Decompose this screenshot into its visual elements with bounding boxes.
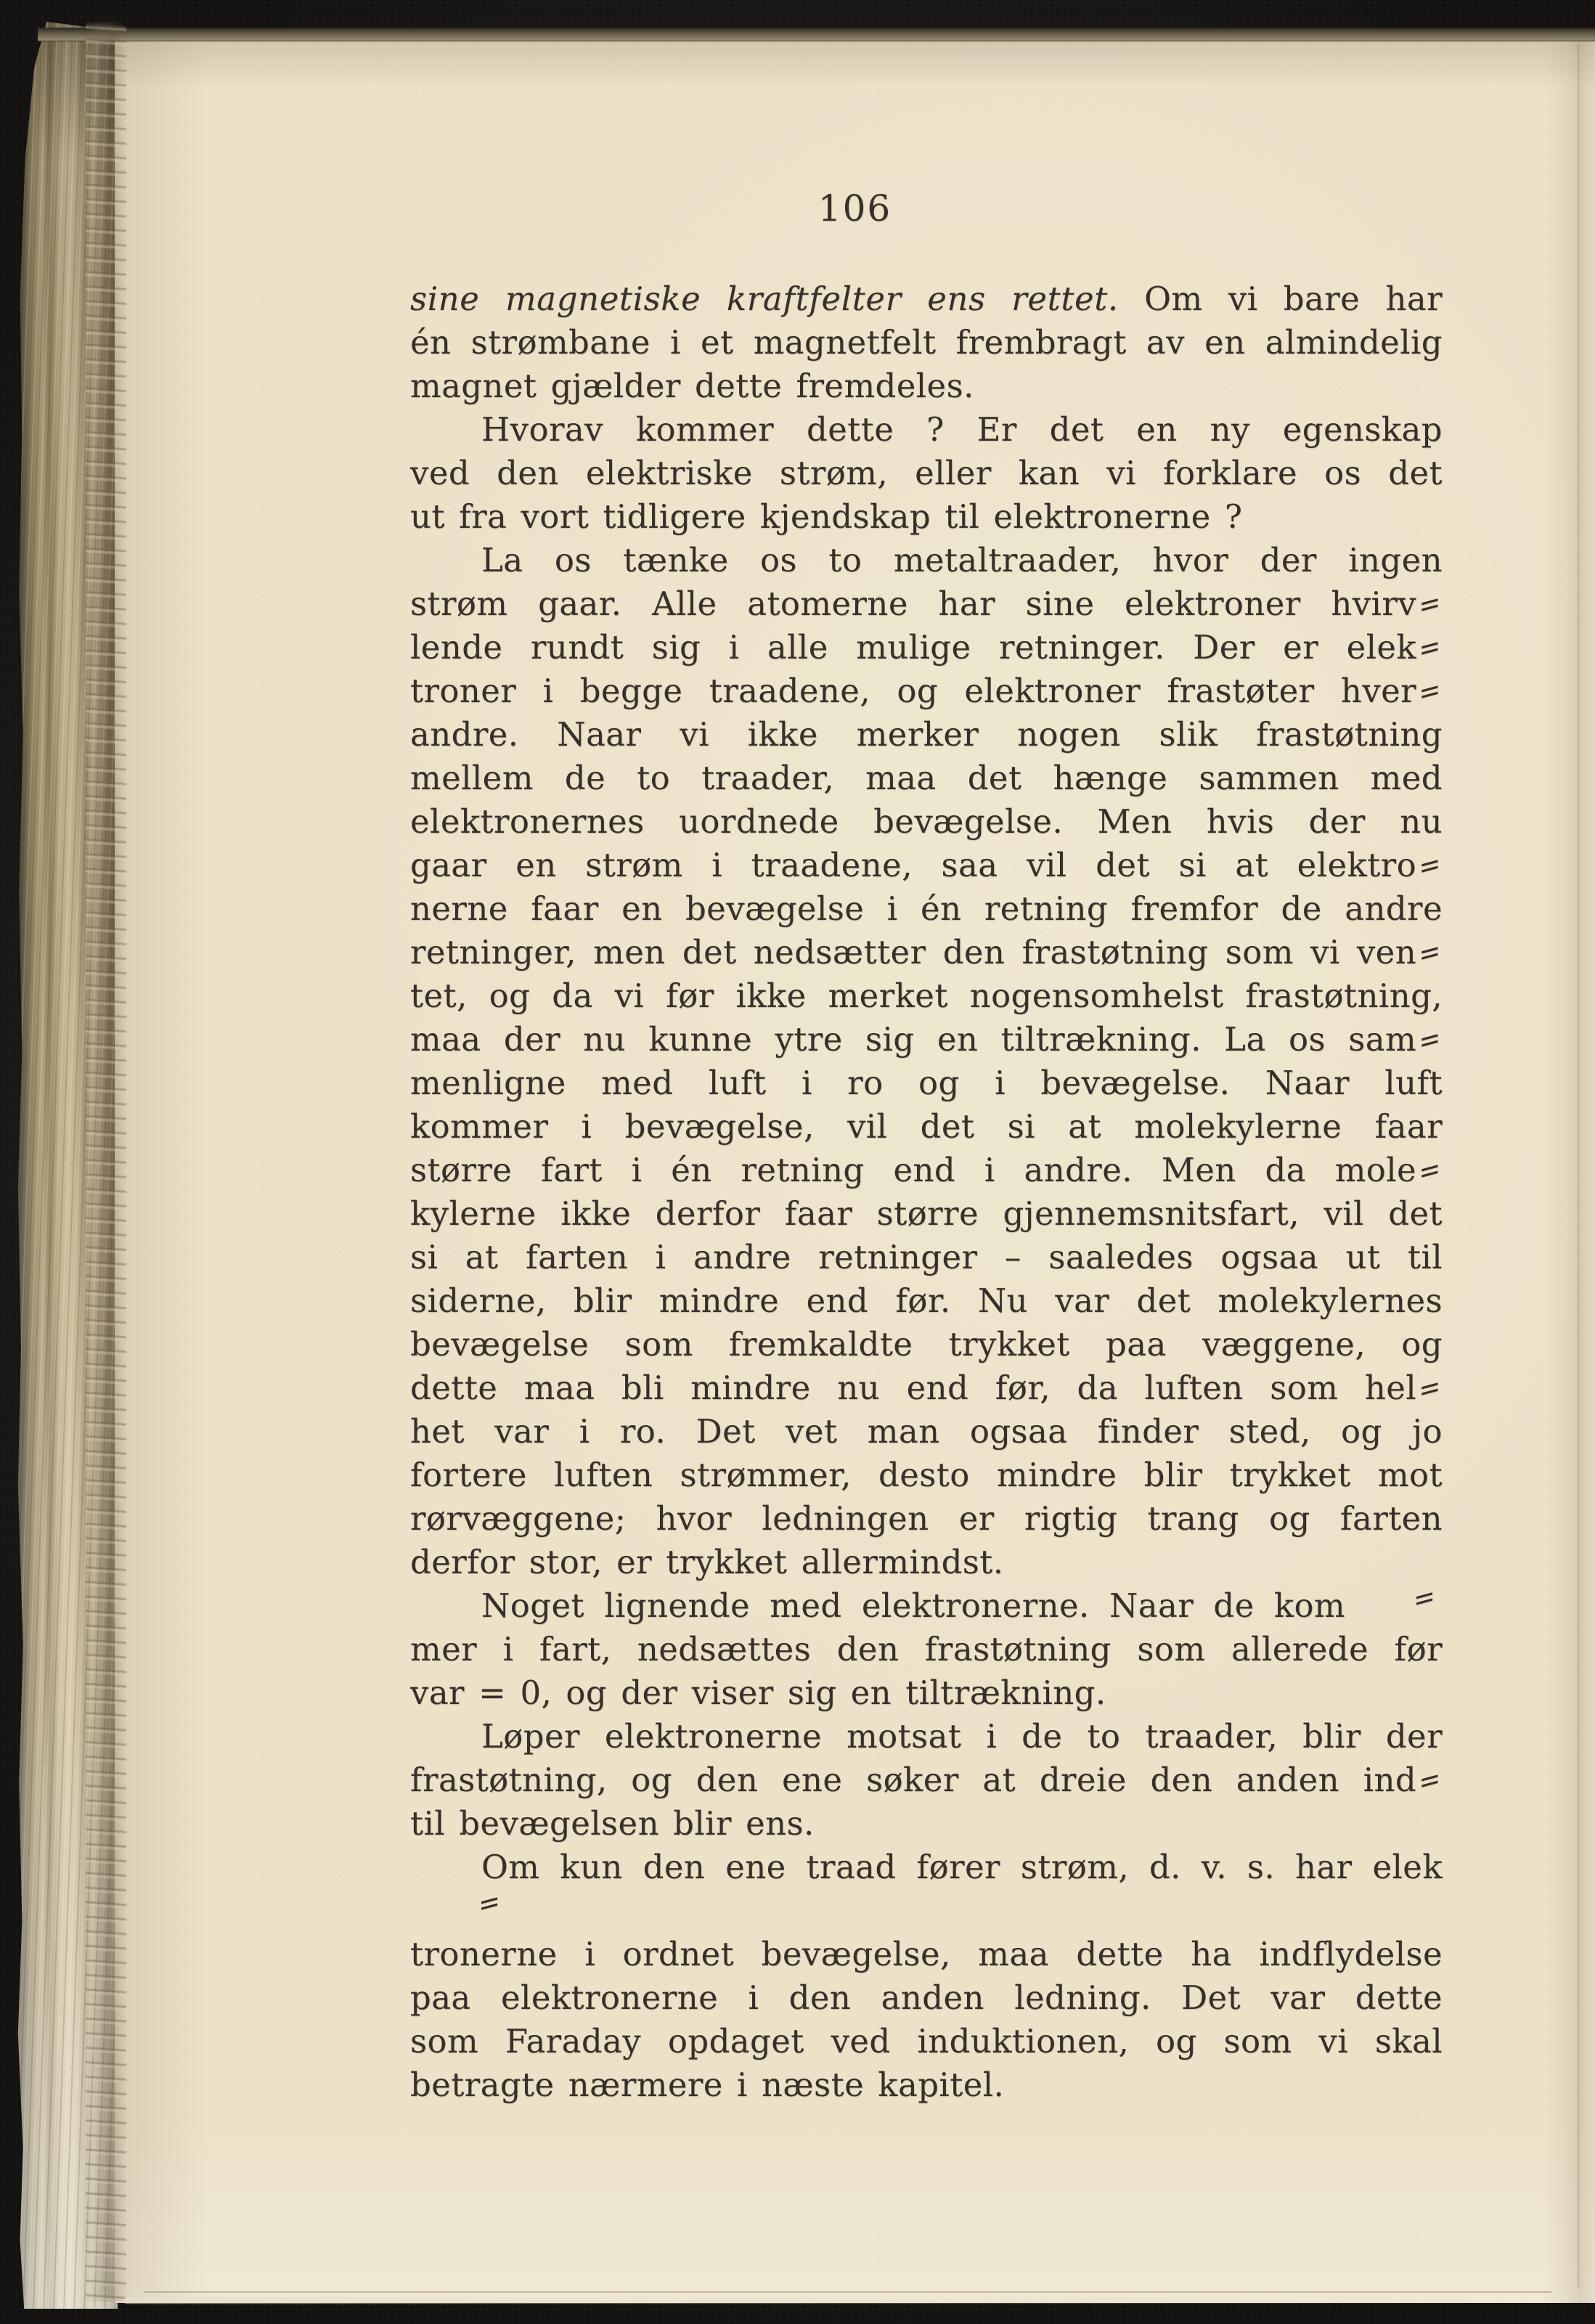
text-line: siderne, blir mindre end før. Nu var det… [410,1279,1443,1323]
text-segment: kylerne ikke derfor faar større gjennems… [410,1194,1443,1233]
text-segment: La os tænke os to metaltraader, hvor der… [481,541,1443,579]
text-segment: ut fra vort tidligere kjendskap til elek… [410,497,1242,536]
text-line: troner i begge traadene, og elektroner f… [410,669,1443,713]
text-segment: troner i begge traadene, og elektroner f… [410,672,1443,710]
text-segment: betragte nærmere i næste kapitel. [410,2066,1004,2104]
double-oblique-hyphen: = [1419,935,1441,971]
text-segment: si at farten i andre retninger – saalede… [410,1238,1443,1276]
double-oblique-hyphen: = [1353,1581,1435,1633]
text-segment: paa elektronerne i den anden ledning. De… [410,1978,1443,2017]
text-line: til bevægelsen blir ens. [410,1802,1443,1846]
text-line: kylerne ikke derfor faar større gjennems… [410,1192,1443,1236]
paragraph: La os tænke os to metaltraader, hvor der… [410,539,1443,1584]
double-oblique-hyphen: = [1419,630,1441,666]
text-line: tronerne i ordnet bevægelse, maa dette h… [410,1933,1443,1976]
text-segment: derfor stor, er trykket allermindst. [410,1543,1003,1581]
text-segment: Løper elektronerne motsat i de to traade… [481,1717,1443,1756]
text-line: bevægelse som fremkaldte trykket paa væg… [410,1323,1443,1366]
text-segment: frastøtning, og den ene søker at dreie d… [410,1761,1443,1799]
text-segment: som Faraday opdaget ved induktionen, og … [410,2022,1443,2060]
text-line: Hvorav kommer dette ? Er det en ny egens… [410,408,1443,452]
text-line: tet, og da vi før ikke merket nogensomhe… [410,974,1443,1018]
page-edge-stack-decoration [16,22,118,2309]
paragraph: Om kun den ene traad fører strøm, d. v. … [410,1846,1443,2107]
text-segment: bevægelse som fremkaldte trykket paa væg… [410,1325,1443,1363]
text-line: si at farten i andre retninger – saalede… [410,1236,1443,1279]
text-line: derfor stor, er trykket allermindst. [410,1541,1443,1584]
text-segment: Om vi bare har [1119,280,1443,318]
text-line: menligne med luft i ro og i bevægelse. N… [410,1061,1443,1105]
text-segment: ved den elektriske strøm, eller kan vi f… [410,454,1443,492]
text-line: betragte nærmere i næste kapitel. [410,2063,1443,2107]
text-line: La os tænke os to metaltraader, hvor der… [410,539,1443,582]
text-segment: siderne, blir mindre end før. Nu var det… [410,1281,1443,1320]
text-segment: lende rundt sig i alle mulige retninger.… [410,628,1443,666]
text-segment: menligne med luft i ro og i bevægelse. N… [410,1064,1443,1102]
text-segment: gaar en strøm i traadene, saa vil det si… [410,846,1443,884]
text-line: strøm gaar. Alle atomerne har sine elekt… [410,582,1443,626]
text-segment: dette maa bli mindre nu end før, da luft… [410,1369,1443,1407]
text-line: mellem de to traader, maa det hænge samm… [410,757,1443,800]
text-segment: magnet gjælder dette fremdeles. [410,367,974,405]
text-line: rørvæggene; hvor ledningen er rigtig tra… [410,1497,1443,1541]
text-line: større fart i én retning end i andre. Me… [410,1149,1443,1192]
text-segment: kommer i bevægelse, vil det si at moleky… [410,1107,1443,1146]
text-line: Løper elektronerne motsat i de to traade… [410,1715,1443,1758]
text-line: én strømbane i et magnetfelt frembragt a… [410,321,1443,364]
double-oblique-hyphen: = [1419,1371,1441,1406]
double-oblique-hyphen: = [1419,674,1441,709]
text-line: maa der nu kunne ytre sig en tiltrækning… [410,1018,1443,1061]
text-segment: fortere luften strømmer, desto mindre bl… [410,1456,1443,1494]
text-line: sine magnetiske kraftfelter ens rettet. … [410,277,1443,321]
double-oblique-hyphen: = [1419,1153,1441,1188]
text-line: lende rundt sig i alle mulige retninger.… [410,626,1443,669]
page-fore-edge-crease [1578,44,1579,2287]
text-line: nerne faar en bevægelse i én retning fre… [410,887,1443,931]
text-line: gaar en strøm i traadene, saa vil det si… [410,844,1443,887]
text-line: het var i ro. Det vet man ogsaa finder s… [410,1410,1443,1453]
double-oblique-hyphen: = [1419,587,1441,622]
text-segment: tet, og da vi før ikke merket nogensomhe… [410,977,1443,1015]
double-oblique-hyphen: = [1419,1763,1441,1798]
text-segment: til bevægelsen blir ens. [410,1804,815,1843]
text-line: var = 0, og der viser sig en tiltrækning… [410,1671,1443,1715]
text-line: frastøtning, og den ene søker at dreie d… [410,1758,1443,1802]
text-segment: elektronernes uordnede bevægelse. Men hv… [410,802,1443,841]
paragraph: Noget lignende med elektronerne. Naar de… [410,1584,1443,1715]
page-fore-edge-shade [1543,38,1595,2303]
text-segment: Hvorav kommer dette ? Er det en ny egens… [481,410,1443,449]
text-segment: tronerne i ordnet bevægelse, maa dette h… [410,1935,1443,1973]
double-oblique-hyphen: = [418,1885,500,1938]
text-line: ved den elektriske strøm, eller kan vi f… [410,452,1443,495]
text-segment: nerne faar en bevægelse i én retning fre… [410,889,1443,928]
page-top-edge-decoration [38,28,1595,41]
text-line: kommer i bevægelse, vil det si at moleky… [410,1105,1443,1149]
book-scan: 106 sine magnetiske kraftfelter ens rett… [0,0,1595,2324]
text-line: magnet gjælder dette fremdeles. [410,364,1443,408]
text-line: elektronernes uordnede bevægelse. Men hv… [410,800,1443,844]
text-segment: het var i ro. Det vet man ogsaa finder s… [410,1412,1443,1451]
text-line: som Faraday opdaget ved induktionen, og … [410,2020,1443,2063]
body-text: sine magnetiske kraftfelter ens rettet. … [410,277,1443,2107]
double-oblique-hyphen: = [1419,848,1441,884]
text-segment: strøm gaar. Alle atomerne har sine elekt… [410,584,1443,623]
text-line: paa elektronerne i den anden ledning. De… [410,1976,1443,2020]
text-segment: rørvæggene; hvor ledningen er rigtig tra… [410,1499,1443,1538]
text-segment: maa der nu kunne ytre sig en tiltrækning… [410,1020,1443,1059]
text-segment: var = 0, og der viser sig en tiltrækning… [410,1673,1106,1712]
text-segment: Om kun den ene traad fører strøm, d. v. … [410,1848,1443,1930]
text-segment: mellem de to traader, maa det hænge samm… [410,759,1443,797]
text-line: andre. Naar vi ikke merker nogen slik fr… [410,713,1443,757]
text-line: Noget lignende med elektronerne. Naar de… [410,1584,1443,1628]
double-oblique-hyphen: = [1419,1022,1441,1058]
text-segment: andre. Naar vi ikke merker nogen slik fr… [410,715,1443,754]
text-segment: én strømbane i et magnetfelt frembragt a… [410,323,1443,362]
text-line: fortere luften strømmer, desto mindre bl… [410,1453,1443,1497]
paragraph: sine magnetiske kraftfelter ens rettet. … [410,277,1443,408]
text-line: ut fra vort tidligere kjendskap til elek… [410,495,1443,539]
paragraph: Løper elektronerne motsat i de to traade… [410,1715,1443,1846]
text-segment: retninger, men det nedsætter den frastøt… [410,933,1443,971]
book-page: 106 sine magnetiske kraftfelter ens rett… [115,38,1595,2303]
paragraph: Hvorav kommer dette ? Er det en ny egens… [410,408,1443,539]
text-segment: Noget lignende med elektronerne. Naar de… [481,1586,1443,1625]
page-number: 106 [115,190,1595,227]
italic-phrase: sine magnetiske kraftfelter ens rettet. [410,280,1119,318]
text-line: dette maa bli mindre nu end før, da luft… [410,1366,1443,1410]
text-segment: mer i fart, nedsættes den frastøtning so… [410,1630,1443,1668]
text-line: Om kun den ene traad fører strøm, d. v. … [410,1846,1443,1933]
text-line: mer i fart, nedsættes den frastøtning so… [410,1628,1443,1671]
text-line: retninger, men det nedsætter den frastøt… [410,931,1443,974]
text-segment: større fart i én retning end i andre. Me… [410,1151,1443,1189]
